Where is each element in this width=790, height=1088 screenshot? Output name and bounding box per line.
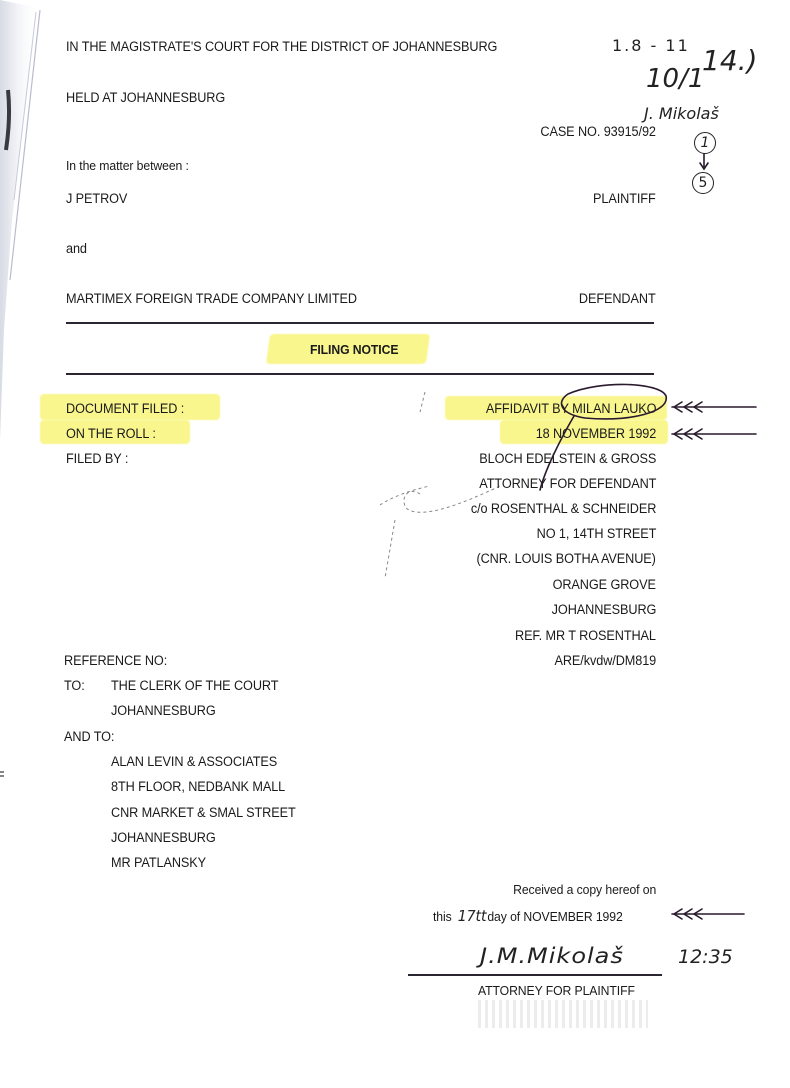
filed-by-line: ATTORNEY FOR DEFENDANT — [479, 476, 656, 491]
on-roll-label: ON THE ROLL : — [66, 426, 156, 441]
plaintiff-name: J PETROV — [66, 191, 127, 206]
filed-by-line: REF. MR T ROSENTHAL — [515, 628, 656, 643]
defendant-name: MARTIMEX FOREIGN TRADE COMPANY LIMITED — [66, 291, 357, 306]
circled-number-one: 1 — [694, 132, 716, 154]
divider-bottom — [66, 373, 654, 375]
filed-by-line: ORANGE GROVE — [553, 577, 656, 592]
and-to-line: CNR MARKET & SMAL STREET — [111, 805, 296, 820]
page-curl-decoration — [0, 0, 60, 440]
receipt-date-line: this 17ttday of NOVEMBER 1992 — [433, 907, 623, 925]
filed-by-line: ARE/kvdw/DM819 — [554, 653, 656, 668]
handwritten-folio-number: 14.) — [702, 44, 757, 77]
signature: J.M.Mikolaš — [480, 943, 624, 968]
signatory-role: ATTORNEY FOR PLAINTIFF — [478, 983, 635, 998]
and-to-line: JOHANNESBURG — [111, 830, 216, 845]
circled-number-five: 5 — [692, 172, 714, 194]
matter-between: In the matter between : — [66, 158, 189, 173]
this-word: this — [433, 909, 452, 924]
case-number: CASE NO. 93915/92 — [540, 124, 656, 139]
signature-line — [408, 974, 662, 976]
on-roll-value: 18 NOVEMBER 1992 — [535, 426, 656, 441]
filed-by-line: NO 1, 14TH STREET — [536, 526, 656, 541]
and-to-line: MR PATLANSKY — [111, 855, 206, 870]
to-line: JOHANNESBURG — [111, 703, 216, 718]
and-text: and — [66, 241, 87, 256]
affiant-name: MILAN LAUKO — [572, 401, 656, 416]
to-label: TO: — [64, 678, 85, 693]
filed-by-label: FILED BY : — [66, 451, 128, 466]
reference-label: REFERENCE NO: — [64, 653, 167, 668]
handwritten-author: J. Mikolaš — [644, 104, 719, 123]
to-line: THE CLERK OF THE COURT — [111, 678, 278, 693]
filed-by-line: JOHANNESBURG — [551, 602, 656, 617]
received-copy-text: Received a copy hereof on — [513, 882, 656, 897]
filed-by-line: c/o ROSENTHAL & SCHNEIDER — [471, 501, 656, 516]
document-filed-value: AFFIDAVIT BY MILAN LAUKO — [485, 401, 656, 416]
document-title: FILING NOTICE — [310, 342, 398, 357]
handwritten-time: 12:35 — [678, 946, 733, 968]
handwritten-folio: 10/1 — [646, 64, 704, 94]
held-at: HELD AT JOHANNESBURG — [66, 90, 225, 105]
document-filed-label: DOCUMENT FILED : — [66, 401, 184, 416]
affidavit-prefix: AFFIDAVIT BY — [485, 401, 571, 416]
handwritten-date-mark: 1.8 - 11 — [612, 36, 690, 55]
plaintiff-role: PLAINTIFF — [593, 191, 656, 206]
defendant-role: DEFENDANT — [579, 291, 656, 306]
divider-top — [66, 322, 654, 324]
handwritten-day: 17tt — [458, 907, 487, 925]
and-to-line: ALAN LEVIN & ASSOCIATES — [111, 754, 277, 769]
receipt-month-year: day of NOVEMBER 1992 — [487, 909, 622, 924]
and-to-label: AND TO: — [64, 729, 114, 744]
filed-by-line: (CNR. LOUIS BOTHA AVENUE) — [477, 551, 656, 566]
court-heading: IN THE MAGISTRATE'S COURT FOR THE DISTRI… — [66, 39, 497, 54]
filed-by-line: BLOCH EDELSTEIN & GROSS — [479, 451, 656, 466]
and-to-line: 8TH FLOOR, NEDBANK MALL — [111, 779, 285, 794]
faded-stamp — [478, 1000, 648, 1028]
